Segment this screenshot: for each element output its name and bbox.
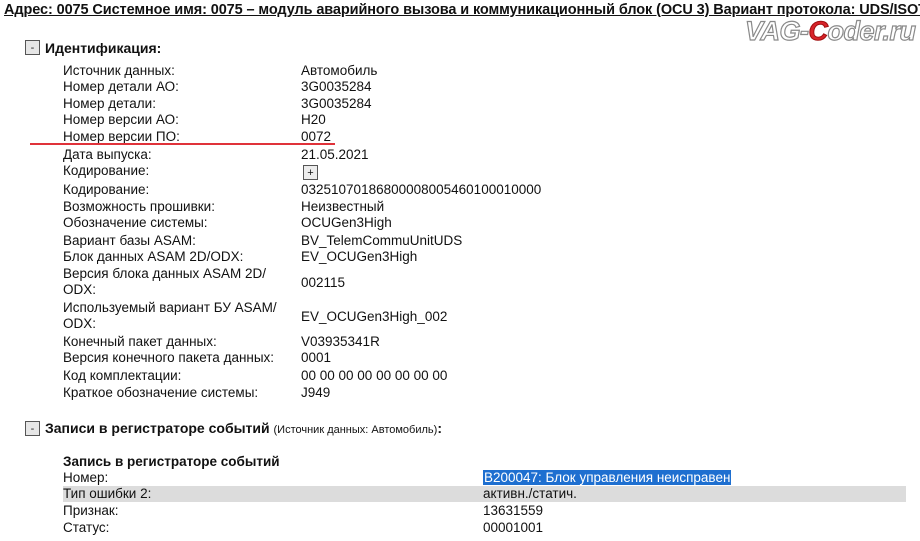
row-label: Кодирование: [63,163,293,179]
identification-title: Идентификация: [45,40,161,56]
row-value: EV_OCUGen3High [301,249,417,265]
row-label: Используемый вариант БУ ASAM/ ODX: [63,300,288,332]
row-value: J949 [301,385,330,401]
row-value: Неизвестный [301,199,384,215]
event-row: Признак:13631559 [63,503,906,519]
row-label: Возможность прошивки: [63,199,293,215]
row-label: Номер детали АО: [63,79,293,95]
row-value: H20 [301,112,326,128]
row-value: 002115 [301,275,345,291]
event-row: Номер:B200047: Блок управления неисправе… [63,470,906,486]
red-underline-annotation [30,143,335,145]
row-value: 21.05.2021 [301,147,369,163]
row-value: 13631559 [483,503,543,519]
row-label: Обозначение системы: [63,215,293,231]
collapse-events-button[interactable]: - [25,421,40,436]
row-label: Признак: [63,503,293,519]
row-value: активн./статич. [483,486,577,502]
row-value: 00001001 [483,520,543,536]
row-value: OCUGen3High [301,215,392,231]
row-value: 03251070186800008005460100010000 [301,182,541,198]
event-record-title: Запись в регистраторе событий [63,454,280,469]
event-row: Тип ошибки 2:активн./статич. [63,486,906,502]
row-label: Конечный пакет данных: [63,334,293,350]
row-value: Автомобиль [301,63,377,79]
fault-code-selected[interactable]: B200047: Блок управления неисправен [483,470,731,486]
row-label: Блок данных ASAM 2D/ODX: [63,249,293,265]
row-label: Номер детали: [63,96,293,112]
watermark-logo: VAG-Coder.ru [745,16,916,47]
row-label: Версия блока данных ASAM 2D/ ODX: [63,266,288,298]
row-value: EV_OCUGen3High_002 [301,309,447,325]
row-label: Статус: [63,520,293,536]
row-label: Версия конечного пакета данных: [63,350,293,366]
selected-text: B200047: Блок управления неисправен [483,470,731,485]
row-value: 3G0035284 [301,96,372,112]
row-value: BV_TelemCommuUnitUDS [301,233,462,249]
row-value: 3G0035284 [301,79,372,95]
row-label: Тип ошибки 2: [63,486,293,502]
row-label: Дата выпуска: [63,147,293,163]
row-label: Номер: [63,470,293,486]
row-label: Источник данных: [63,63,293,79]
row-value: 00 00 00 00 00 00 00 00 [301,368,447,384]
row-value: 0001 [301,350,331,366]
expand-coding-button[interactable]: + [303,165,318,180]
row-label: Кодирование: [63,182,293,198]
row-label: Вариант базы ASAM: [63,233,293,249]
row-value: V03935341R [301,334,380,350]
events-title: Записи в регистраторе событий (Источник … [45,420,442,436]
event-row: Статус:00001001 [63,520,906,536]
collapse-identification-button[interactable]: - [25,40,40,55]
row-label: Краткое обозначение системы: [63,385,293,401]
row-label: Номер версии АО: [63,112,293,128]
row-label: Код комплектации: [63,368,293,384]
